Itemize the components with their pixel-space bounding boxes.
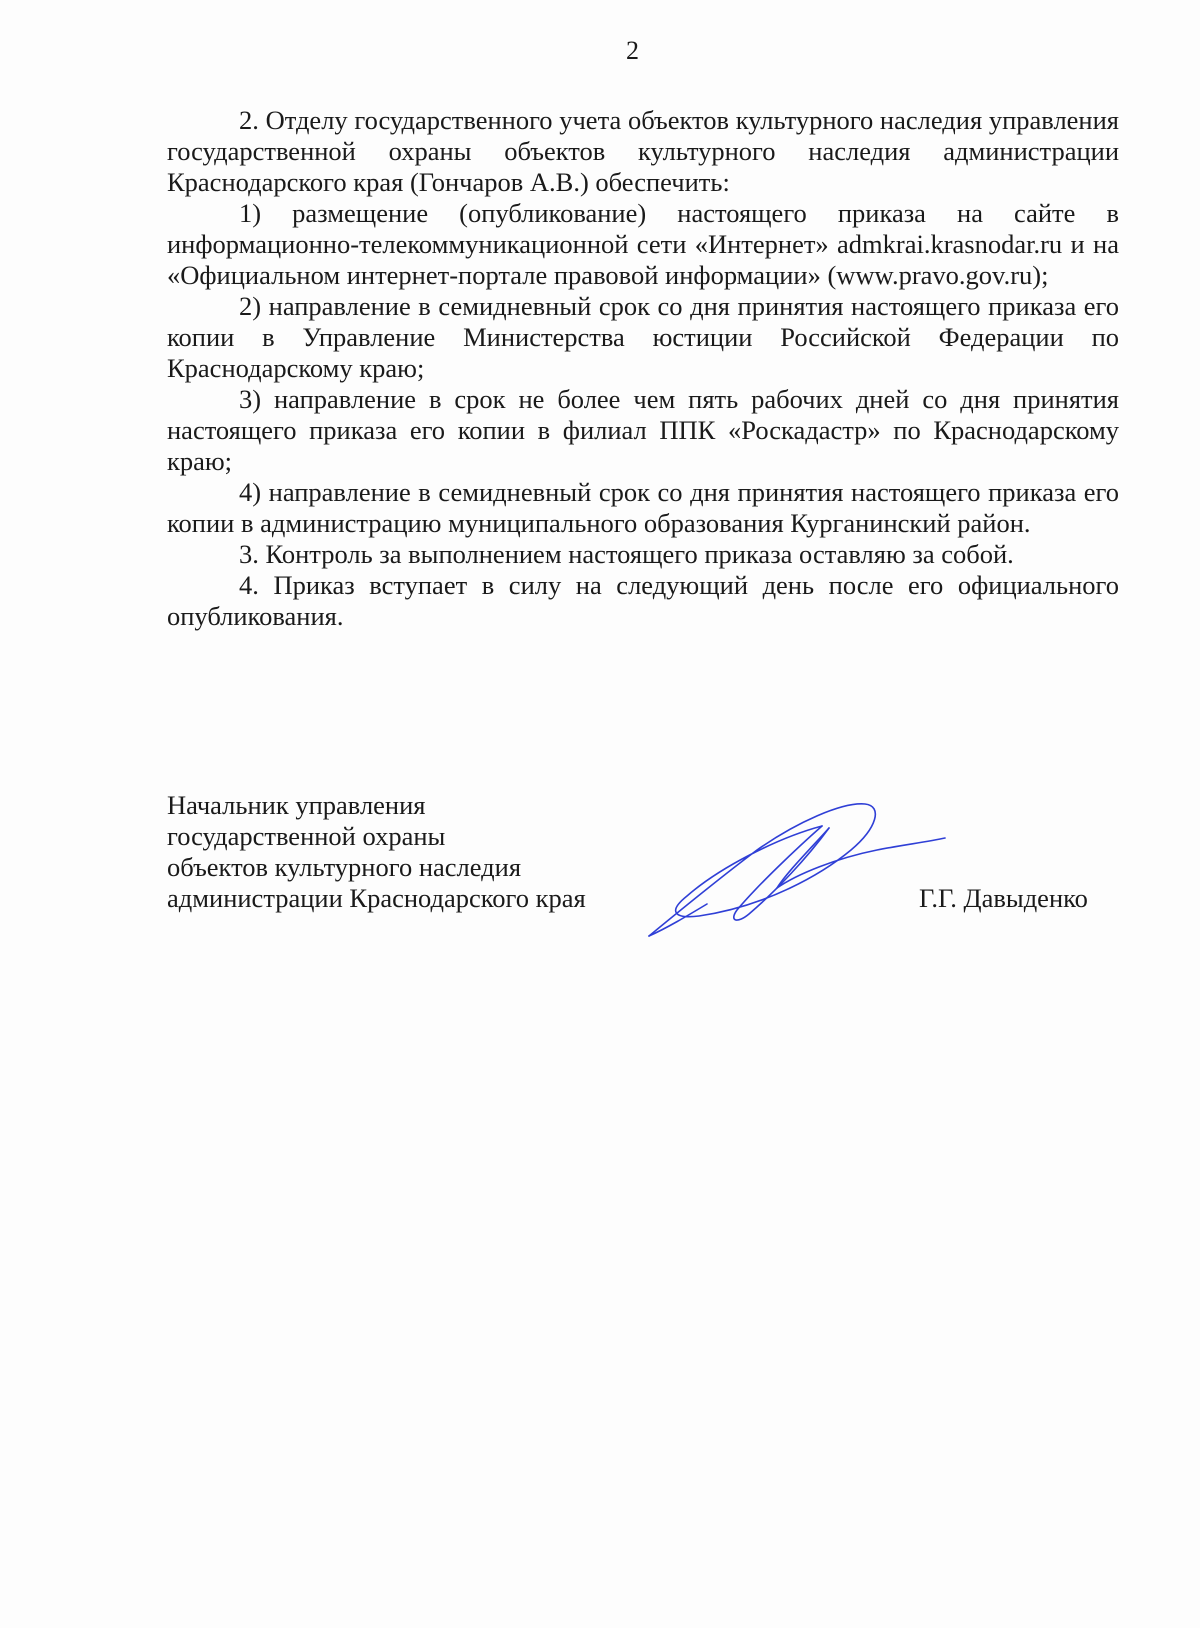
- document-body: 2. Отделу государственного учета объекто…: [167, 105, 1119, 632]
- paragraph-subitem-2: 2) направление в семидневный срок со дня…: [167, 291, 1119, 384]
- paragraph-item-4: 4. Приказ вступает в силу на следующий д…: [167, 570, 1119, 632]
- paragraph-item-3: 3. Контроль за выполнением настоящего пр…: [167, 539, 1119, 570]
- signer-name: Г.Г. Давыденко: [919, 883, 1088, 914]
- paragraph-subitem-1: 1) размещение (опубликование) настоящего…: [167, 198, 1119, 291]
- paragraph-subitem-4: 4) направление в семидневный срок со дня…: [167, 477, 1119, 539]
- signer-position-line: объектов культурного наследия: [167, 852, 586, 883]
- signer-position-line: государственной охраны: [167, 821, 586, 852]
- signature-block: Начальник управления государственной охр…: [167, 790, 1119, 950]
- signer-position-line: Начальник управления: [167, 790, 586, 821]
- handwritten-signature-icon: [637, 788, 947, 938]
- paragraph-item-2: 2. Отделу государственного учета объекто…: [167, 105, 1119, 198]
- signer-position: Начальник управления государственной охр…: [167, 790, 586, 914]
- page-number: 2: [0, 36, 1200, 66]
- signer-position-line: администрации Краснодарского края: [167, 883, 586, 914]
- paragraph-subitem-3: 3) направление в срок не более чем пять …: [167, 384, 1119, 477]
